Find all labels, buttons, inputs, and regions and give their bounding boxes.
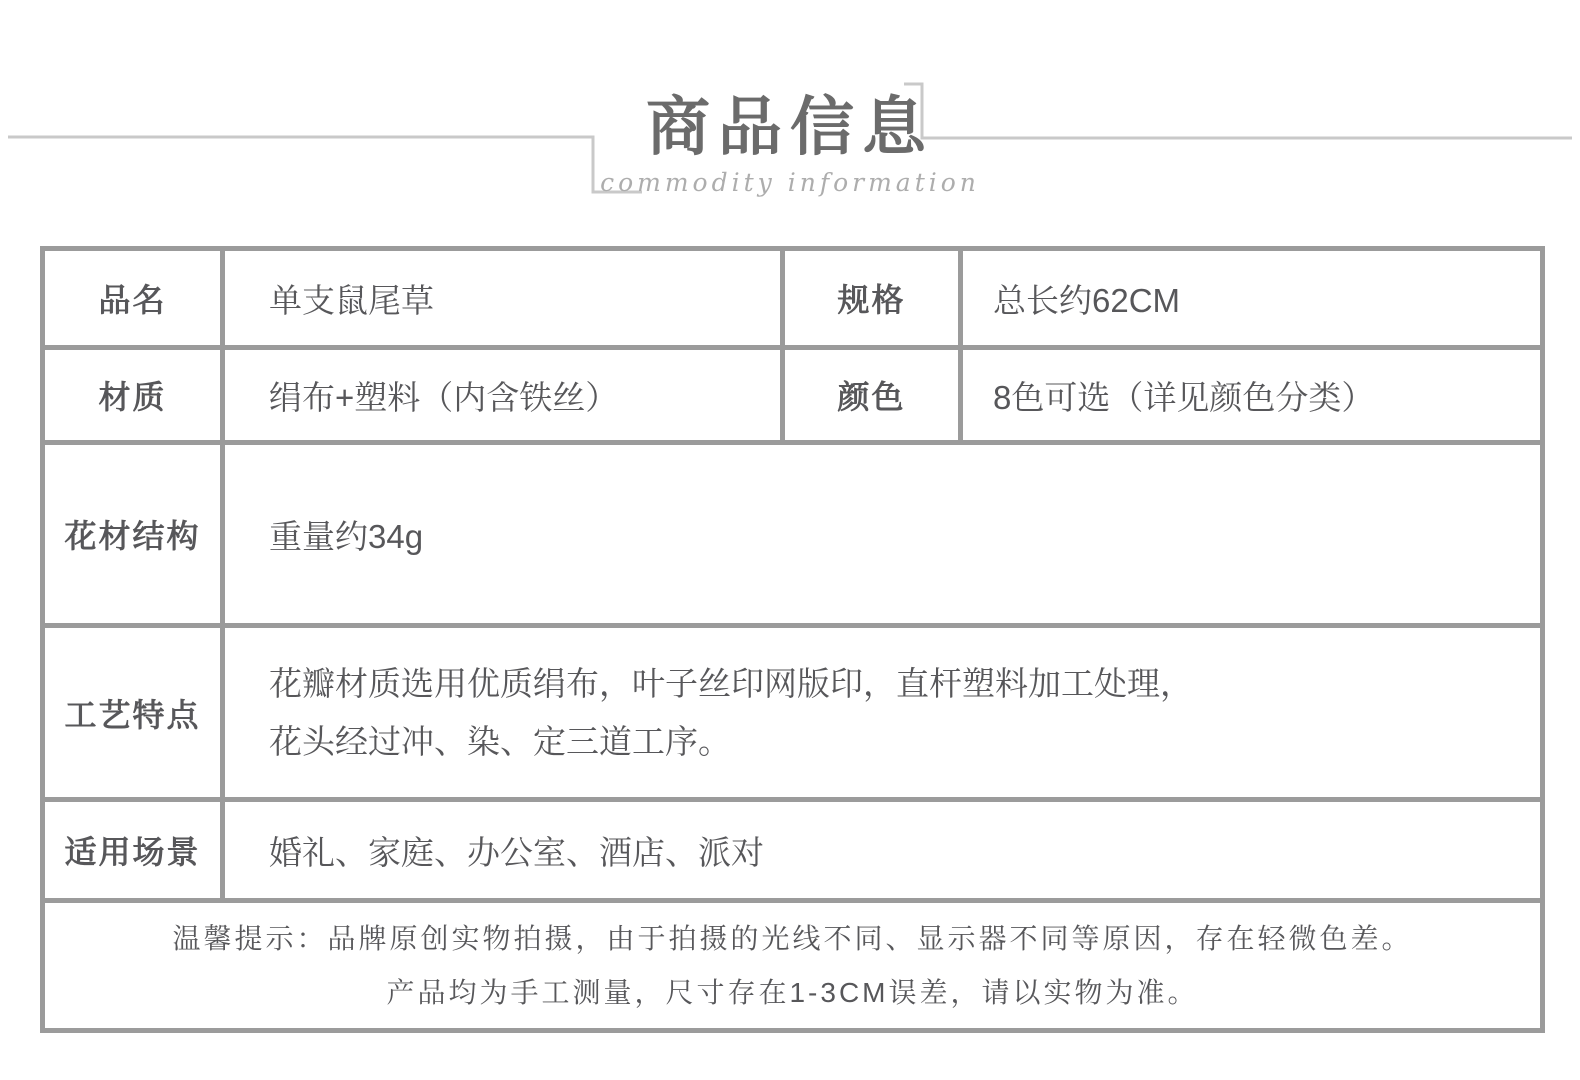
table-row-structure: 花材结构 重量约34g	[43, 443, 1543, 626]
page-title: 商品信息	[0, 76, 1580, 168]
scenes-value: 婚礼、家庭、办公室、酒店、派对	[223, 800, 1543, 901]
notes-line-1: 温馨提示：品牌原创实物拍摄，由于拍摄的光线不同、显示器不同等原因，存在轻微色差。	[45, 912, 1540, 966]
craft-value: 花瓣材质选用优质绢布，叶子丝印网版印，直杆塑料加工处理， 花头经过冲、染、定三道…	[223, 626, 1543, 800]
craft-value-line-1: 花瓣材质选用优质绢布，叶子丝印网版印，直杆塑料加工处理，	[269, 655, 1530, 713]
spec-label: 规格	[783, 249, 961, 348]
spec-value: 总长约62CM	[961, 249, 1543, 348]
notes-line-2: 产品均为手工测量，尺寸存在1-3CM误差，请以实物为准。	[45, 966, 1540, 1020]
header: 商品信息 commodity information	[0, 0, 1580, 246]
craft-value-line-2: 花头经过冲、染、定三道工序。	[269, 713, 1530, 771]
scenes-label: 适用场景	[43, 800, 223, 901]
table-row-craft: 工艺特点 花瓣材质选用优质绢布，叶子丝印网版印，直杆塑料加工处理， 花头经过冲、…	[43, 626, 1543, 800]
notes-cell: 温馨提示：品牌原创实物拍摄，由于拍摄的光线不同、显示器不同等原因，存在轻微色差。…	[43, 901, 1543, 1031]
product-info-page: 商品信息 commodity information 品名 单支鼠尾草 规格 总…	[0, 0, 1580, 1080]
material-label: 材质	[43, 348, 223, 443]
page-subtitle: commodity information	[0, 168, 1580, 197]
structure-label: 花材结构	[43, 443, 223, 626]
craft-label: 工艺特点	[43, 626, 223, 800]
table-row-material-color: 材质 绢布+塑料（内含铁丝） 颜色 8色可选（详见颜色分类）	[43, 348, 1543, 443]
table-row-notes: 温馨提示：品牌原创实物拍摄，由于拍摄的光线不同、显示器不同等原因，存在轻微色差。…	[43, 901, 1543, 1031]
color-value: 8色可选（详见颜色分类）	[961, 348, 1543, 443]
material-value: 绢布+塑料（内含铁丝）	[223, 348, 783, 443]
product-name-label: 品名	[43, 249, 223, 348]
product-name-value: 单支鼠尾草	[223, 249, 783, 348]
table-row-scenes: 适用场景 婚礼、家庭、办公室、酒店、派对	[43, 800, 1543, 901]
structure-value: 重量约34g	[223, 443, 1543, 626]
color-label: 颜色	[783, 348, 961, 443]
table-row-name-spec: 品名 单支鼠尾草 规格 总长约62CM	[43, 249, 1543, 348]
product-info-table: 品名 单支鼠尾草 规格 总长约62CM 材质 绢布+塑料（内含铁丝） 颜色 8色…	[40, 246, 1545, 1033]
